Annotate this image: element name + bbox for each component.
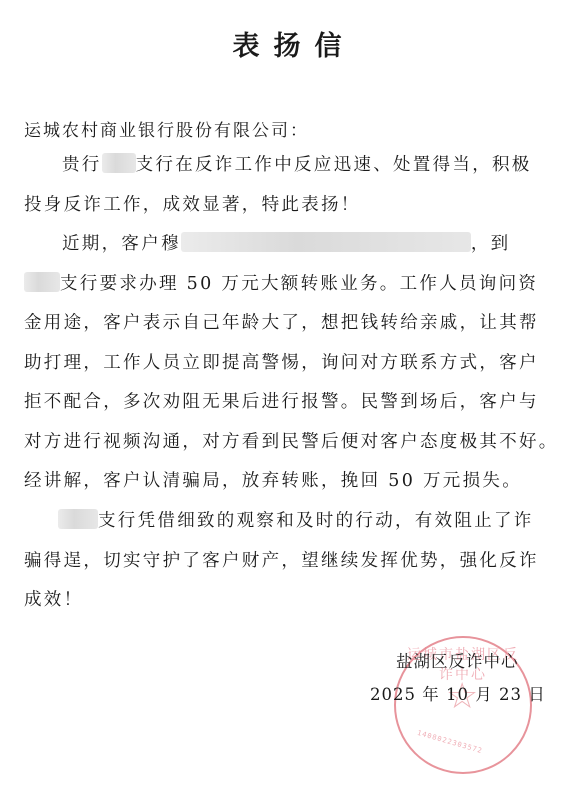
- redacted-region: [58, 509, 98, 529]
- redacted-region: [24, 272, 60, 292]
- salutation: 运城农村商业银行股份有限公司：: [24, 116, 309, 141]
- text-line: 成效！: [24, 581, 486, 621]
- text-line: 拒不配合，多次劝阻无果后进行报警。民警到场后，客户与: [24, 383, 486, 423]
- document-title: 表扬信: [0, 24, 574, 63]
- paragraph-2: 近期，客户穆，到 支行要求办理 50 万元大额转账业务。工作人员询问资 金用途，…: [24, 225, 486, 502]
- text-line: 对方进行视频沟通，对方看到民警后便对客户态度极其不好。: [24, 423, 486, 463]
- redacted-region: [181, 232, 471, 252]
- redacted-region: [102, 153, 136, 173]
- signature-date: 2025 年 10 月 23 日: [370, 681, 546, 705]
- text-segment: 支行在反诈工作中反应迅速、处置得当，积极: [136, 155, 532, 175]
- paragraph-1: 贵行支行在反诈工作中反应迅速、处置得当，积极 投身反诈工作，成效显著，特此表扬！: [24, 146, 486, 225]
- signature-organization: 盐湖区反诈中心: [396, 648, 519, 672]
- seal-code: 1408022303572: [416, 729, 483, 755]
- text-line: 金用途，客户表示自己年龄大了，想把钱转给亲戚，让其帮: [24, 304, 486, 344]
- text-line: 经讲解，客户认清骗局，放弃转账，挽回 50 万元损失。: [24, 462, 486, 502]
- text-line: 助打理，工作人员立即提高警惕，询问对方联系方式，客户: [24, 344, 486, 384]
- text-segment: 支行凭借细致的观察和及时的行动，有效阻止了诈: [98, 511, 534, 531]
- paragraph-3: 支行凭借细致的观察和及时的行动，有效阻止了诈 骗得逞，切实守护了客户财产，望继续…: [24, 502, 486, 621]
- text-line: 投身反诈工作，成效显著，特此表扬！: [24, 186, 486, 226]
- text-line: 骗得逞，切实守护了客户财产，望继续发挥优势，强化反诈: [24, 542, 486, 582]
- text-line: 支行凭借细致的观察和及时的行动，有效阻止了诈: [24, 502, 486, 542]
- text-segment: 支行要求办理 50 万元大额转账业务。工作人员询问资: [60, 274, 538, 294]
- text-line: 近期，客户穆，到: [24, 225, 486, 265]
- text-line: 贵行支行在反诈工作中反应迅速、处置得当，积极: [24, 146, 486, 186]
- text-segment: 近期，客户穆: [62, 234, 181, 254]
- text-line: 支行要求办理 50 万元大额转账业务。工作人员询问资: [24, 265, 486, 305]
- text-segment: 贵行: [62, 155, 102, 175]
- text-segment: ，到: [471, 234, 511, 254]
